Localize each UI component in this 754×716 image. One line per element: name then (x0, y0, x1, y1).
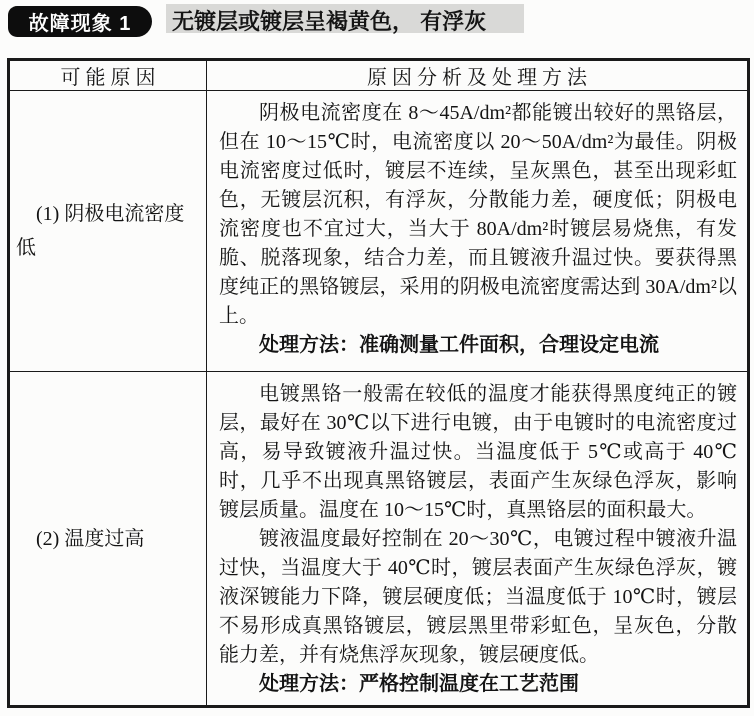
treatment-method-line: 处理方法：严格控制温度在工艺范围 (219, 670, 737, 699)
fault-title: 无镀层或镀层呈褐黄色， 有浮灰 (164, 4, 478, 44)
analysis-paragraph: 电镀黑铬一般需在较低的温度才能获得黑度纯正的镀层，最好在 30℃以下进行电镀，由… (219, 380, 737, 525)
page-header: 故障现象 1 无镀层或镀层呈褐黄色， 有浮灰 (0, 0, 754, 58)
table-row: (2) 温度过高 电镀黑铬一般需在较低的温度才能获得黑度纯正的镀层，最好在 30… (9, 372, 749, 707)
analysis-paragraph: 镀液温度最好控制在 20～30℃，电镀过程中镀液升温过快，当温度大于 40℃时，… (219, 525, 737, 670)
analysis-paragraph: 阴极电流密度在 8～45A/dm²都能镀出较好的黑铬层，但在 10～15℃时，电… (219, 99, 737, 331)
treatment-method-label: 处理方法： (259, 673, 359, 695)
table-row: (1) 阴极电流密度低 阴极电流密度在 8～45A/dm²都能镀出较好的黑铬层，… (9, 91, 749, 372)
treatment-method-text: 准确测量工件面积，合理设定电流 (359, 334, 659, 356)
fault-analysis-table: 可 能 原 因 原 因 分 析 及 处 理 方 法 (1) 阴极电流密度低 阴极… (7, 58, 750, 708)
fault-title-text: 无镀层或镀层呈褐黄色， 有浮灰 (172, 11, 486, 33)
column-header-analysis-and-treatment: 原 因 分 析 及 处 理 方 法 (207, 60, 749, 91)
treatment-method-text: 严格控制温度在工艺范围 (359, 673, 579, 695)
analysis-cell-1: 阴极电流密度在 8～45A/dm²都能镀出较好的黑铬层，但在 10～15℃时，电… (207, 91, 749, 372)
column-header-possible-cause: 可 能 原 因 (9, 60, 207, 91)
table-header-row: 可 能 原 因 原 因 分 析 及 处 理 方 法 (9, 60, 749, 91)
treatment-method-line: 处理方法：准确测量工件面积，合理设定电流 (219, 331, 737, 360)
cause-cell-2: (2) 温度过高 (9, 372, 207, 707)
analysis-cell-2: 电镀黑铬一般需在较低的温度才能获得黑度纯正的镀层，最好在 30℃以下进行电镀，由… (207, 372, 749, 707)
treatment-method-label: 处理方法： (259, 334, 359, 356)
cause-cell-1: (1) 阴极电流密度低 (9, 91, 207, 372)
fault-phenomenon-badge-label: 故障现象 1 (29, 7, 132, 36)
fault-phenomenon-badge: 故障现象 1 (8, 6, 152, 37)
